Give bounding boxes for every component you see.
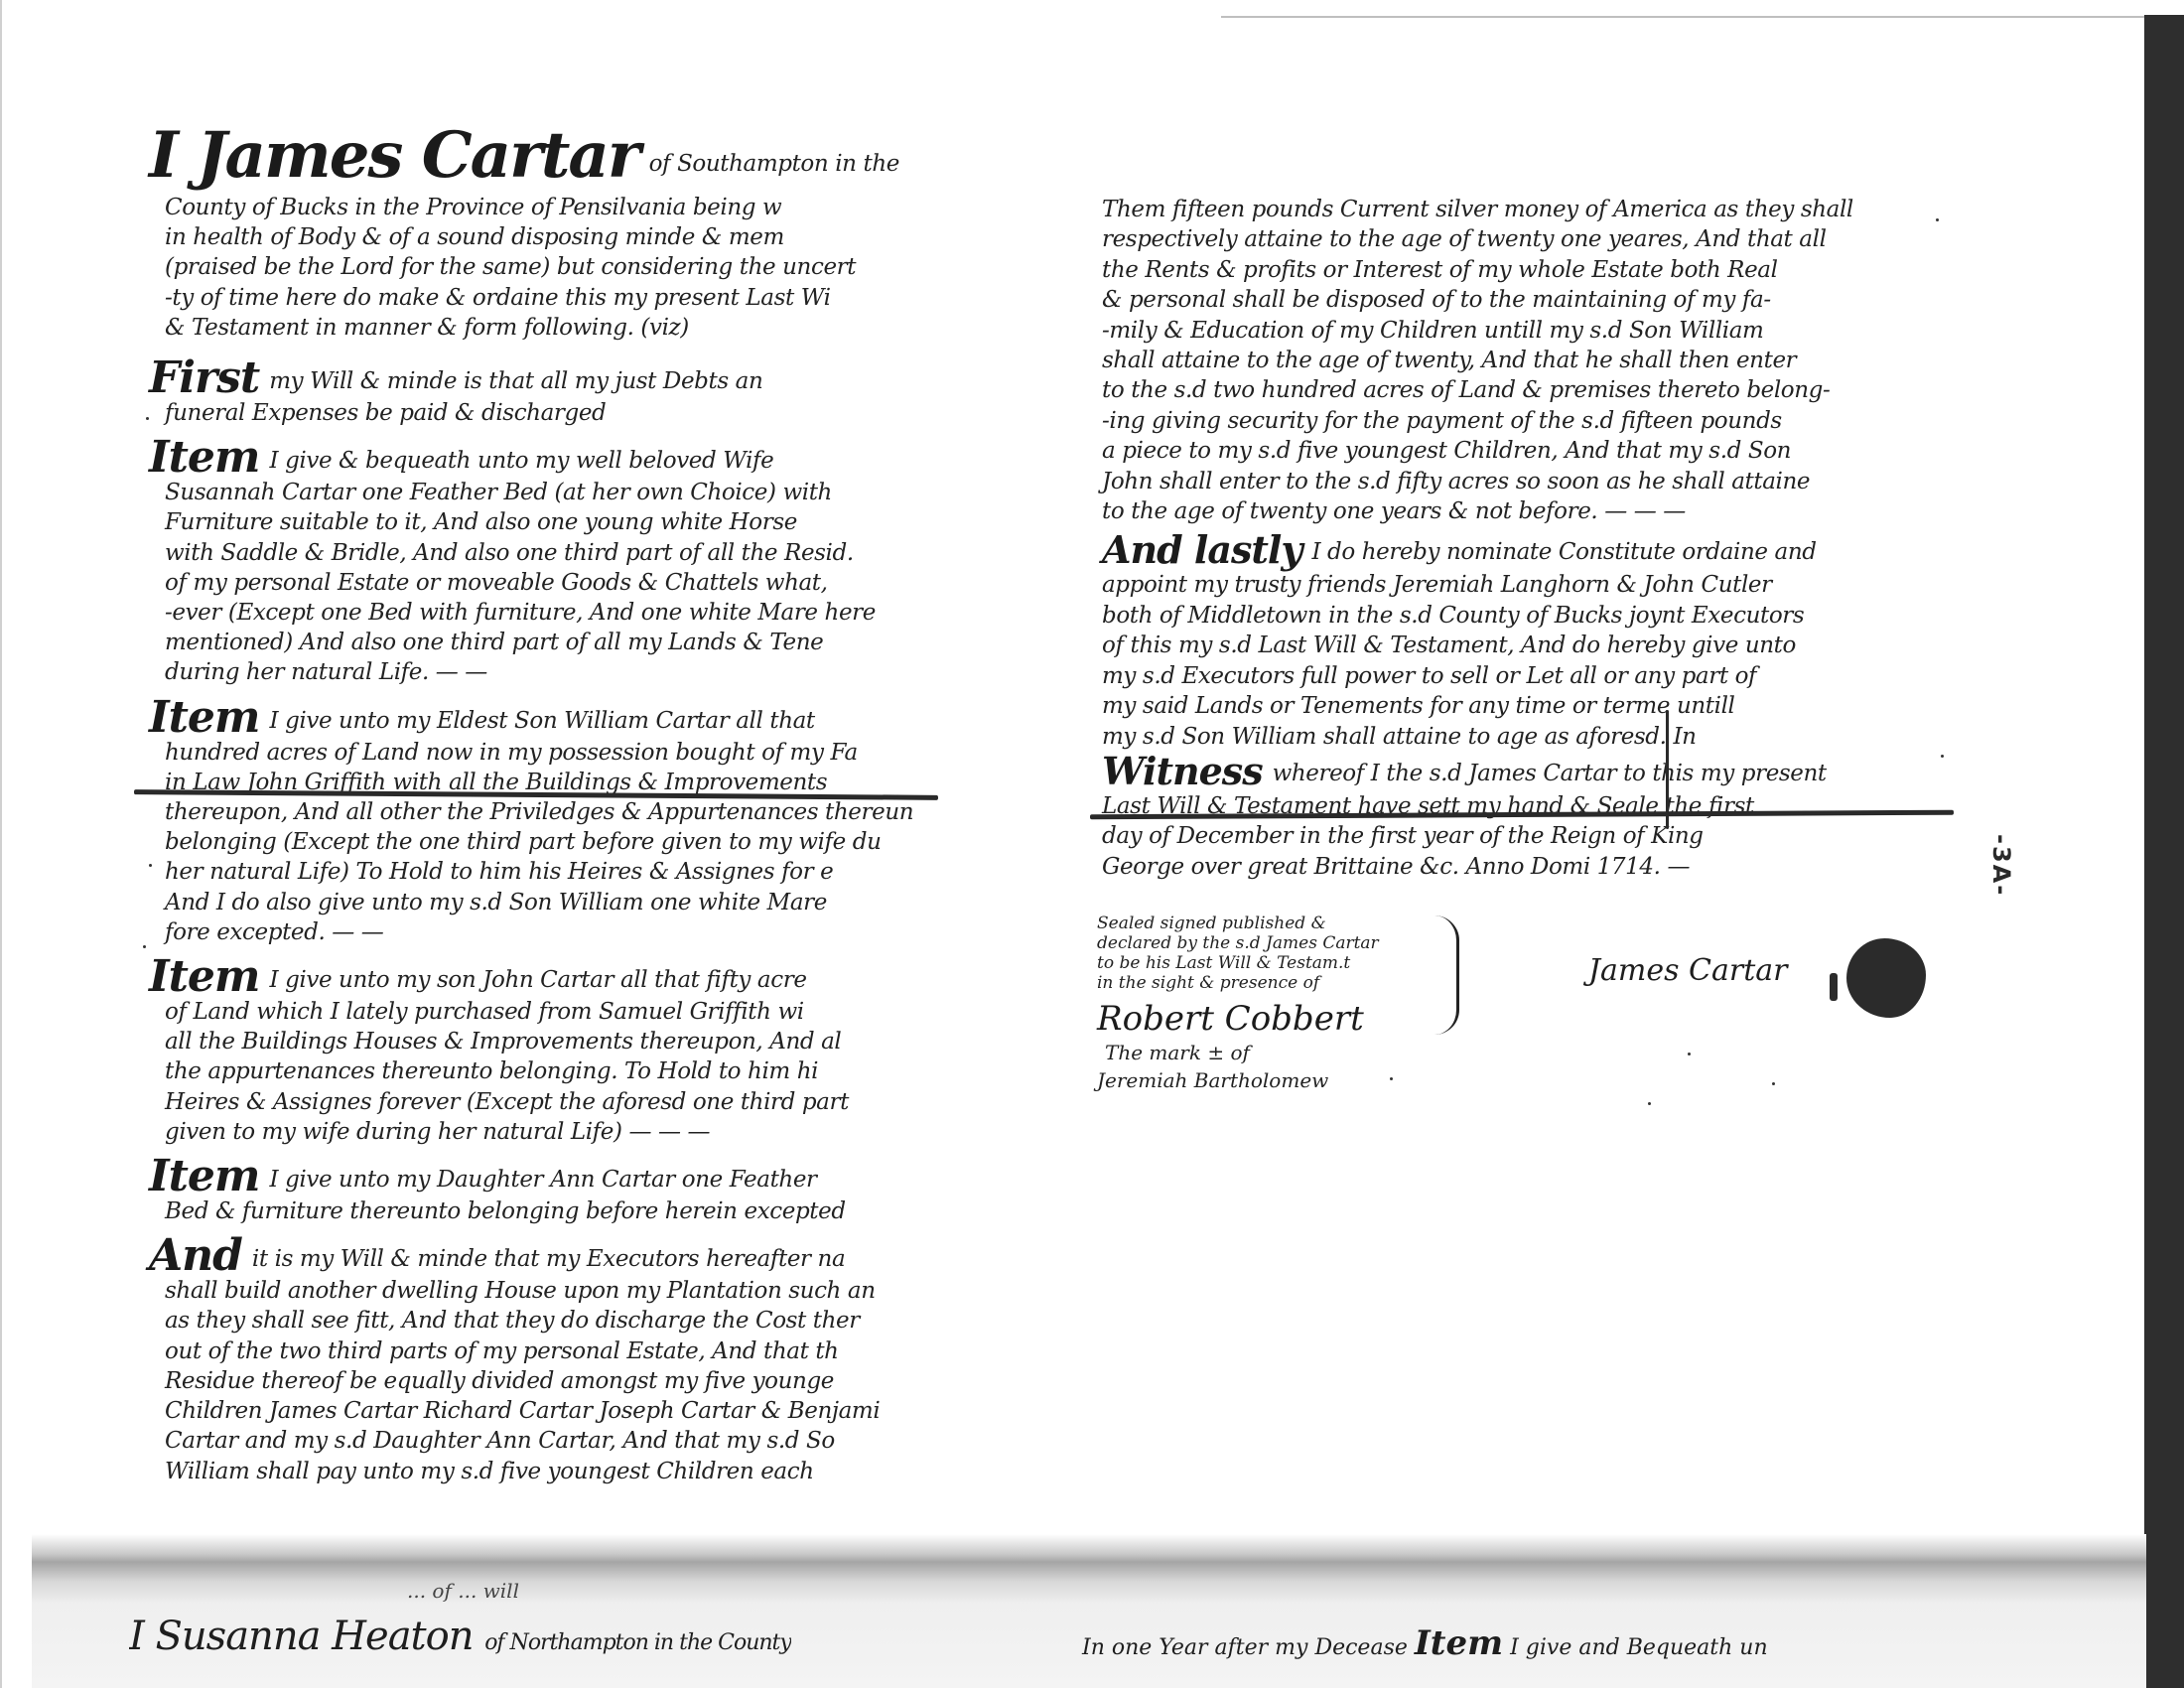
next-page-right-fragment: In one Year after my Decease Item I give… bbox=[1082, 1623, 1768, 1663]
scan-left-edge bbox=[0, 0, 2, 1688]
next-page-item-word: Item bbox=[1415, 1623, 1503, 1663]
scan-speck bbox=[1772, 1082, 1775, 1085]
clause-line: George over great Brittaine &c. Anno Dom… bbox=[1102, 852, 1926, 882]
clause-lead-word: Item bbox=[149, 951, 259, 1002]
intro-line: County of Bucks in the Province of Pensi… bbox=[165, 193, 953, 222]
clause-line: mentioned) And also one third part of al… bbox=[149, 628, 953, 657]
page-number: -3A- bbox=[1987, 834, 2015, 897]
curly-brace-mark bbox=[1434, 915, 1459, 1035]
scan-speck bbox=[146, 417, 149, 420]
clause-lead-word: First bbox=[149, 352, 259, 403]
attestation-line: Sealed signed published & bbox=[1097, 914, 1454, 933]
next-page-place: of Northampton in the County bbox=[484, 1630, 791, 1655]
clause-line: out of the two third parts of my persona… bbox=[149, 1336, 953, 1366]
scan-speck bbox=[1390, 1077, 1393, 1080]
clause-item-wife: ItemI give & bequeath unto my well belov… bbox=[149, 438, 953, 687]
attestation-line: declared by the s.d James Cartar bbox=[1097, 933, 1454, 953]
clause-lead-word: Item bbox=[149, 692, 259, 743]
clause-line: my Will & minde is that all my just Debt… bbox=[269, 368, 762, 394]
clause-line: thereupon, And all other the Priviledges… bbox=[149, 797, 953, 827]
clause-line: of Land which I lately purchased from Sa… bbox=[149, 997, 953, 1027]
witness-mark-label: The mark ± of bbox=[1097, 1039, 1454, 1066]
clause-line: both of Middletown in the s.d County of … bbox=[1102, 601, 1926, 631]
next-page-testator-name: I Susanna Heaton bbox=[129, 1614, 473, 1655]
wax-seal-icon bbox=[1846, 938, 1926, 1018]
clause-line: my s.d Son William shall attaine to age … bbox=[1102, 722, 1926, 752]
clause-line: appoint my trusty friends Jeremiah Langh… bbox=[1102, 570, 1926, 600]
clause-line: whereof I the s.d James Cartar to this m… bbox=[1273, 761, 1827, 786]
attestation-line: in the sight & presence of bbox=[1097, 973, 1454, 993]
clause-line: I give unto my Eldest Son William Cartar… bbox=[269, 708, 814, 734]
will-title-line: I James Cartarof Southampton in the bbox=[149, 129, 953, 191]
clause-item-daughter-ann: ItemI give unto my Daughter Ann Cartar o… bbox=[149, 1157, 953, 1226]
clause-line: Them fifteen pounds Current silver money… bbox=[1102, 195, 1926, 224]
clause-line: shall build another dwelling House upon … bbox=[149, 1276, 953, 1306]
clause-line: I give unto my Daughter Ann Cartar one F… bbox=[269, 1167, 816, 1193]
clause-line: day of December in the first year of the… bbox=[1102, 821, 1926, 851]
scan-speck bbox=[149, 864, 152, 867]
clause-lead-word: Witness bbox=[1102, 749, 1263, 793]
clause-line: Bed & furniture thereunto belonging befo… bbox=[149, 1196, 953, 1226]
clause-line: Heires & Assignes forever (Except the af… bbox=[149, 1087, 953, 1117]
clause-first: Firstmy Will & minde is that all my just… bbox=[149, 358, 953, 428]
next-page-heading-fragment: I Susanna Heaton of Northampton in the C… bbox=[129, 1614, 791, 1655]
intro-line: -ty of time here do make & ordaine this … bbox=[165, 283, 953, 313]
clause-lead-word: Item bbox=[149, 1151, 259, 1201]
clause-line: the Rents & profits or Interest of my wh… bbox=[1102, 255, 1926, 285]
scanned-will-page: I James Cartarof Southampton in the Coun… bbox=[0, 0, 2184, 1688]
clause-line: I give unto my son John Cartar all that … bbox=[269, 967, 806, 993]
scan-speck bbox=[143, 945, 146, 948]
clause-line: Furniture suitable to it, And also one y… bbox=[149, 507, 953, 537]
clause-line: of this my s.d Last Will & Testament, An… bbox=[1102, 631, 1926, 660]
clause-line: respectively attaine to the age of twent… bbox=[1102, 224, 1926, 254]
clause-line: all the Buildings Houses & Improvements … bbox=[149, 1027, 953, 1056]
testator-signature: James Cartar bbox=[1588, 953, 1788, 988]
seal-ink-mark bbox=[1830, 973, 1838, 1001]
next-page-fold bbox=[32, 1534, 2146, 1688]
clause-item-eldest-son: ItemI give unto my Eldest Son William Ca… bbox=[149, 698, 953, 947]
clause-line: belonging (Except the one third part bef… bbox=[149, 827, 953, 857]
clause-line: fore excepted. — — bbox=[149, 917, 953, 947]
next-page-right-tail: I give and Bequeath un bbox=[1510, 1635, 1768, 1660]
will-title-rest: of Southampton in the bbox=[649, 151, 899, 177]
next-page-right-text: In one Year after my Decease bbox=[1082, 1635, 1408, 1660]
next-page-faint-text: ... of ... will bbox=[407, 1579, 519, 1603]
clause-line: it is my Will & minde that my Executors … bbox=[252, 1246, 845, 1272]
clause-line: I do hereby nominate Constitute ordaine … bbox=[1311, 539, 1816, 565]
scan-speck bbox=[1648, 1102, 1651, 1105]
clause-line: -ing giving security for the payment of … bbox=[1102, 406, 1926, 436]
attestation-block: Sealed signed published & declared by th… bbox=[1097, 914, 1454, 1094]
clause-line: her natural Life) To Hold to him his Hei… bbox=[149, 857, 953, 887]
scan-right-dark-edge bbox=[2144, 15, 2184, 1688]
clause-line: funeral Expenses be paid & discharged bbox=[149, 398, 953, 428]
clause-line: -mily & Education of my Children untill … bbox=[1102, 316, 1926, 346]
clause-lead-word: Item bbox=[149, 432, 259, 483]
clause-item-son-john: ItemI give unto my son John Cartar all t… bbox=[149, 957, 953, 1147]
clause-line: the appurtenances thereunto belonging. T… bbox=[149, 1056, 953, 1086]
clause-line: shall attaine to the age of twenty, And … bbox=[1102, 346, 1926, 375]
will-left-column: I James Cartarof Southampton in the Coun… bbox=[149, 129, 953, 1486]
intro-line: & Testament in manner & form following. … bbox=[165, 313, 953, 343]
scan-speck bbox=[1941, 755, 1944, 758]
clause-line: my said Lands or Tenements for any time … bbox=[1102, 691, 1926, 721]
attestation-line: to be his Last Will & Testam.t bbox=[1097, 953, 1454, 973]
clause-line: Residue thereof be equally divided among… bbox=[149, 1366, 953, 1396]
clause-lead-word: And lastly bbox=[1102, 527, 1301, 572]
clause-line: with Saddle & Bridle, And also one third… bbox=[149, 538, 953, 568]
witness-name-jeremiah-bartholomew: Jeremiah Bartholomew bbox=[1097, 1066, 1454, 1094]
clause-line: a piece to my s.d five youngest Children… bbox=[1102, 436, 1926, 466]
scan-speck bbox=[1936, 218, 1939, 221]
clause-lead-word: And bbox=[149, 1230, 242, 1281]
clause-line: John shall enter to the s.d fifty acres … bbox=[1102, 467, 1926, 496]
clause-line: -ever (Except one Bed with furniture, An… bbox=[149, 598, 953, 628]
intro-line: in health of Body & of a sound disposing… bbox=[165, 222, 953, 252]
clause-line: to the age of twenty one years & not bef… bbox=[1102, 496, 1926, 526]
clause-line: of my personal Estate or moveable Goods … bbox=[149, 568, 953, 598]
clause-line: my s.d Executors full power to sell or L… bbox=[1102, 661, 1926, 691]
clause-and-lastly: And lastlyI do hereby nominate Constitut… bbox=[1102, 530, 1926, 751]
clause-line: given to my wife during her natural Life… bbox=[149, 1117, 953, 1147]
clause-line: Susannah Cartar one Feather Bed (at her … bbox=[149, 478, 953, 507]
clause-line: hundred acres of Land now in my possessi… bbox=[149, 738, 953, 768]
ink-vertical-mark bbox=[1666, 710, 1669, 829]
scan-speck bbox=[1688, 1053, 1691, 1055]
clause-line: Children James Cartar Richard Cartar Jos… bbox=[149, 1396, 953, 1426]
clause-and-dwelling: Andit is my Will & minde that my Executo… bbox=[149, 1236, 953, 1485]
clause-line: I give & bequeath unto my well beloved W… bbox=[269, 448, 773, 474]
clause-line: during her natural Life. — — bbox=[149, 657, 953, 687]
intro-line: (praised be the Lord for the same) but c… bbox=[165, 252, 953, 282]
clause-line: William shall pay unto my s.d five young… bbox=[149, 1457, 953, 1486]
clause-line: to the s.d two hundred acres of Land & p… bbox=[1102, 375, 1926, 405]
will-right-column: Them fifteen pounds Current silver money… bbox=[1102, 195, 1926, 882]
clause-line: Cartar and my s.d Daughter Ann Cartar, A… bbox=[149, 1426, 953, 1456]
clause-line: And I do also give unto my s.d Son Willi… bbox=[149, 888, 953, 917]
witness-signature-robert-cobbert: Robert Cobbert bbox=[1097, 999, 1454, 1039]
scan-top-edge bbox=[1221, 16, 2144, 18]
will-title-name: I James Cartar bbox=[149, 118, 639, 193]
clause-line: as they shall see fitt, And that they do… bbox=[149, 1306, 953, 1336]
clause-line: & personal shall be disposed of to the m… bbox=[1102, 285, 1926, 315]
will-intro: County of Bucks in the Province of Pensi… bbox=[149, 193, 953, 343]
